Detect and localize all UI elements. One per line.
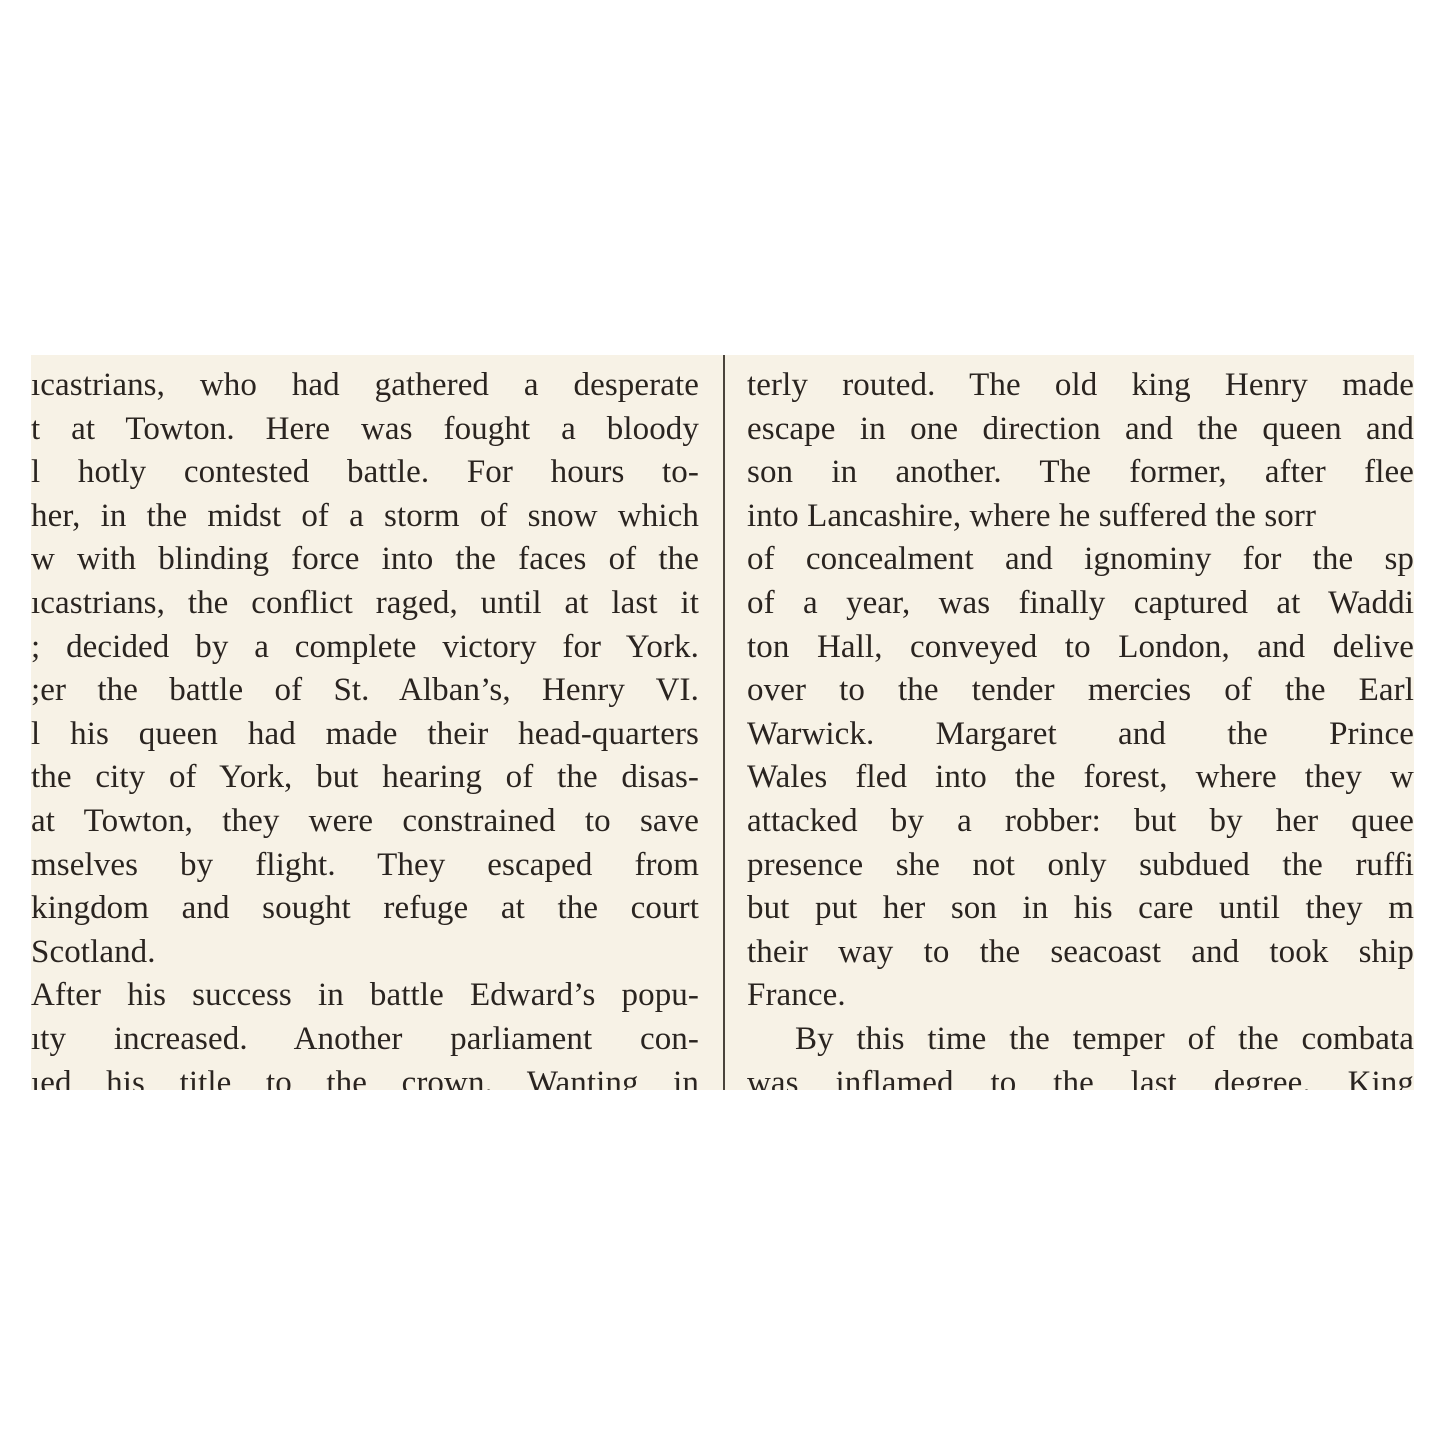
text-line: ; decided by a complete victory for York… (31, 626, 699, 670)
text-line: the city of York, but hearing of the dis… (31, 756, 699, 800)
text-line: ıcastrians, who had gathered a desperate (31, 364, 699, 408)
text-line: w with blinding force into the faces of … (31, 538, 699, 582)
text-line: was inflamed to the last degree. King (747, 1062, 1414, 1091)
text-line: Wales fled into the forest, where they w (747, 756, 1414, 800)
text-line: but put her son in his care until they m (747, 887, 1414, 931)
text-line: their way to the seacoast and took ship (747, 931, 1414, 975)
text-line: son in another. The former, after flee (747, 451, 1414, 495)
text-line: mselves by flight. They escaped from (31, 844, 699, 888)
text-line: at Towton, they were constrained to save (31, 800, 699, 844)
text-line: terly routed. The old king Henry made (747, 364, 1414, 408)
paragraph-end-line: France. (747, 974, 1414, 1018)
text-line: of a year, was finally captured at Waddi (747, 582, 1414, 626)
text-line: Warwick. Margaret and the Prince (747, 713, 1414, 757)
text-line: l hotly contested battle. For hours to- (31, 451, 699, 495)
text-line: kingdom and sought refuge at the court (31, 887, 699, 931)
text-line: over to the tender mercies of the Earl (747, 669, 1414, 713)
paragraph-start-line: After his success in battle Edward’s pop… (31, 974, 699, 1018)
paragraph-end-line: Scotland. (31, 931, 699, 975)
text-line: presence she not only subdued the ruffi (747, 844, 1414, 888)
column-divider-rule (723, 355, 725, 1090)
right-text-column: terly routed. The old king Henry made es… (747, 364, 1414, 1090)
text-line: ton Hall, conveyed to London, and delive (747, 626, 1414, 670)
text-line: attacked by a robber: but by her quee (747, 800, 1414, 844)
text-line: ıty increased. Another parliament con- (31, 1018, 699, 1062)
text-line: ıed his title to the crown. Wanting in (31, 1062, 699, 1091)
text-line: into Lancashire, where he suffered the s… (747, 495, 1414, 539)
text-line: her, in the midst of a storm of snow whi… (31, 495, 699, 539)
text-line: l his queen had made their head-quarters (31, 713, 699, 757)
text-line: escape in one direction and the queen an… (747, 408, 1414, 452)
paragraph-start-line: By this time the temper of the combata (747, 1018, 1414, 1062)
scanned-page: ˘ ’ ıcastrians, who had gathered a despe… (31, 355, 1414, 1090)
text-line: t at Towton. Here was fought a bloody (31, 408, 699, 452)
text-line: of concealment and ignominy for the sp (747, 538, 1414, 582)
left-text-column: ıcastrians, who had gathered a desperate… (31, 364, 699, 1090)
text-line: ıcastrians, the conflict raged, until at… (31, 582, 699, 626)
text-line: ;er the battle of St. Alban’s, Henry VI. (31, 669, 699, 713)
stray-ink-mark: ˘ (243, 355, 250, 364)
